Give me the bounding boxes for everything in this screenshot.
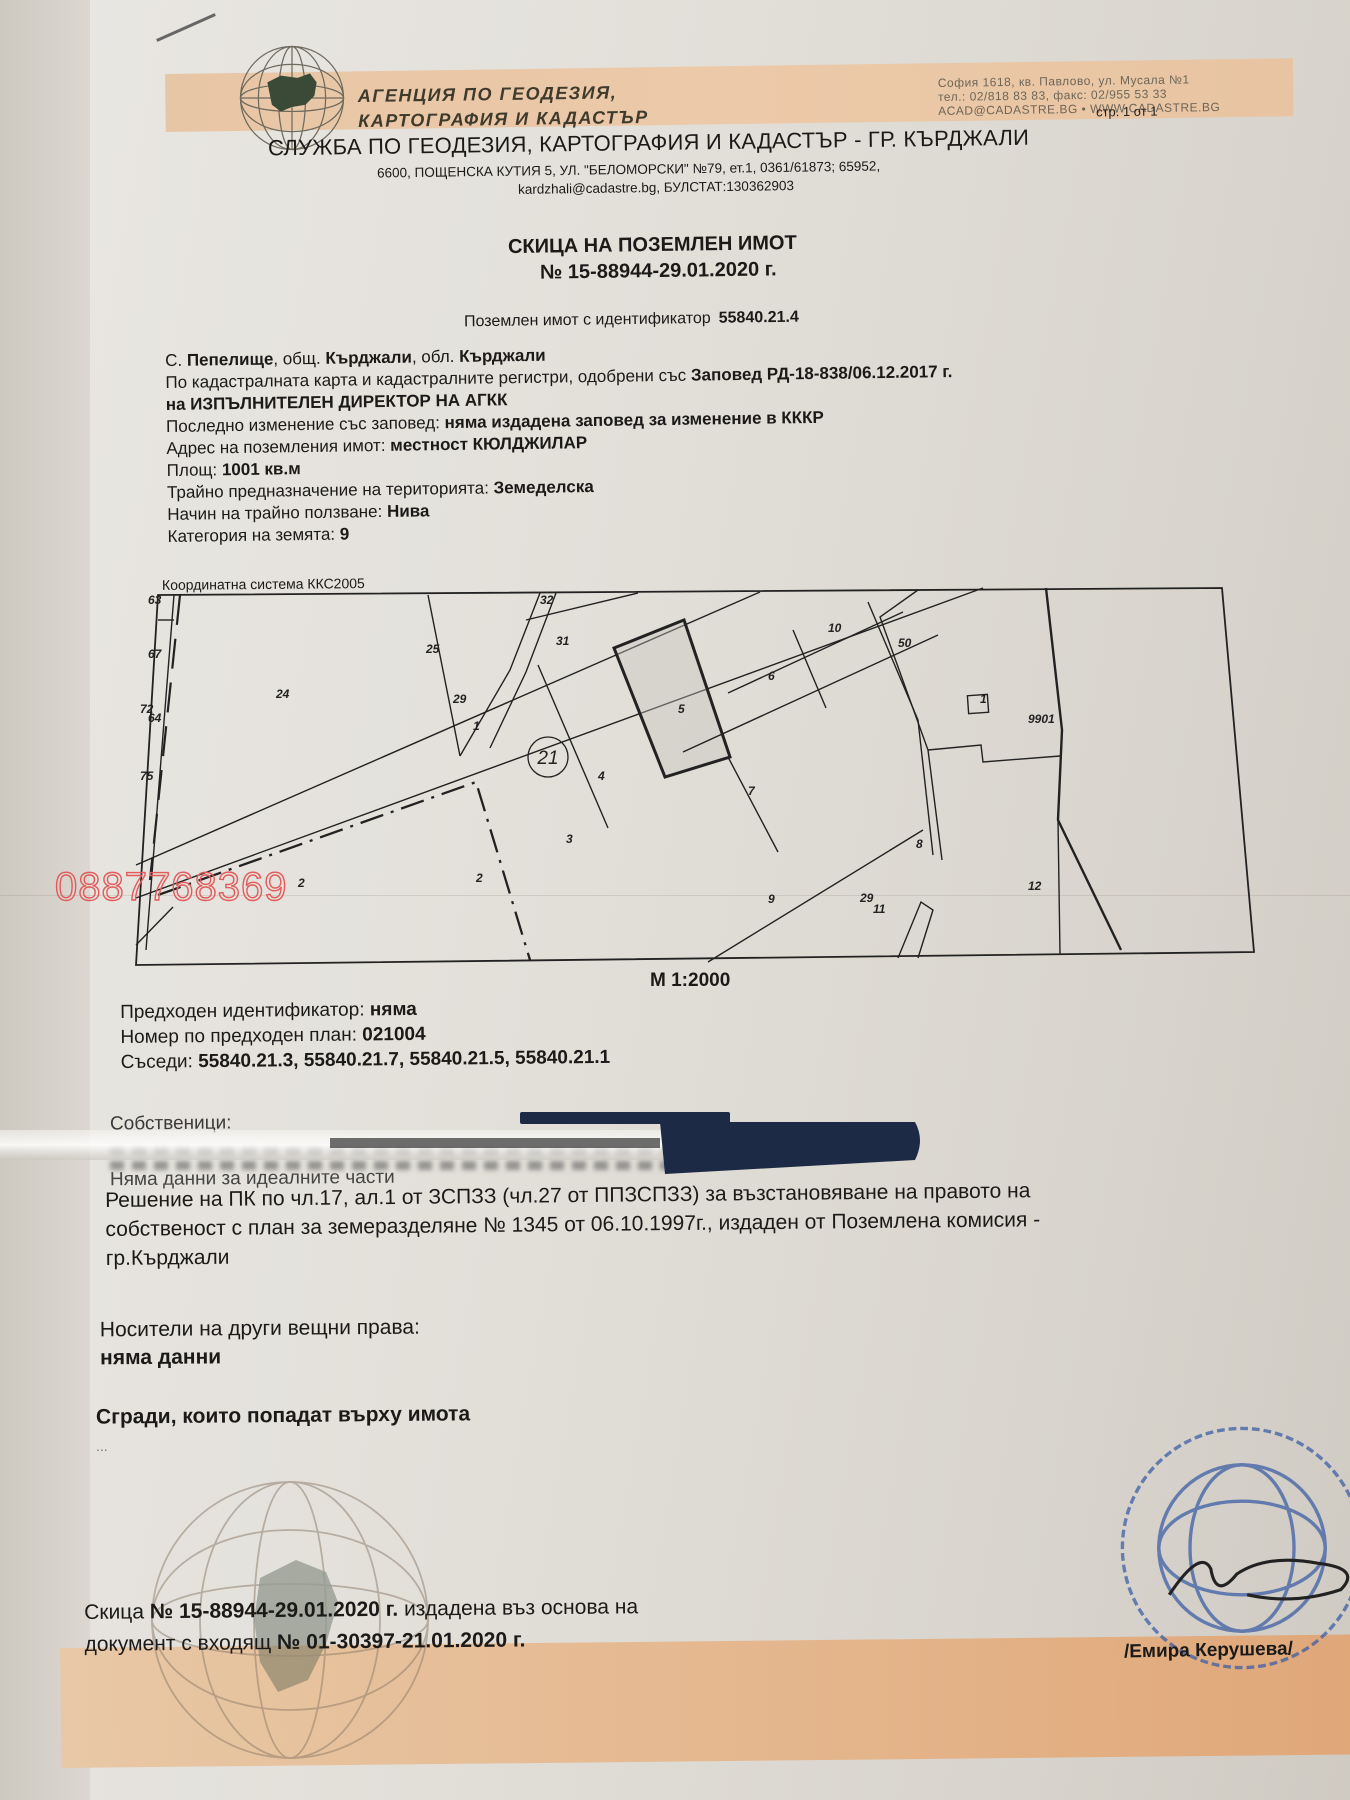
phone-watermark: 0887768369 xyxy=(55,865,287,910)
document-title: СКИЦА НА ПОЗЕМЛЕН ИМОТ xyxy=(508,232,797,259)
parcel-label: 75 xyxy=(140,769,154,783)
parcel-label: 2 xyxy=(297,876,305,890)
service-address: 6600, ПОЩЕНСКА КУТИЯ 5, УЛ. "БЕЛОМОРСКИ"… xyxy=(377,158,880,180)
parcel-label: 64 xyxy=(148,711,162,725)
service-email: kardzhali@cadastre.bg, БУЛСТАТ:130362903 xyxy=(518,178,794,197)
parcel-label: 29 xyxy=(452,692,467,706)
parcel-label: 31 xyxy=(556,634,570,648)
parcel-label: 9901 xyxy=(1028,712,1055,726)
identifier-details: Предходен идентификатор: няма Номер по п… xyxy=(120,995,610,1075)
footer-issuance: Скица № 15-88944-29.01.2020 г. издадена … xyxy=(84,1591,639,1661)
document-page: АГЕНЦИЯ ПО ГЕОДЕЗИЯ, КАРТОГРАФИЯ И КАДАС… xyxy=(0,0,1350,1800)
buildings-value: ... xyxy=(96,1438,108,1454)
parcel-label: 12 xyxy=(1028,879,1042,893)
parcel-label: 9 xyxy=(768,892,775,906)
parcel-label: 2 xyxy=(475,871,483,885)
parcel-label: 7 xyxy=(748,784,756,798)
cadastral-map: 21 6367726475242529323114561050199017322… xyxy=(128,580,1258,980)
parcel-label: 1 xyxy=(473,719,480,733)
buildings-heading: Сгради, които попадат върху имота xyxy=(96,1402,470,1429)
parcel-label: 29 xyxy=(859,891,874,905)
property-details: С. Пепелище, общ. Кърджали, обл. Кърджал… xyxy=(165,339,955,548)
parcel-label: 24 xyxy=(275,687,290,701)
parcel-label: 3 xyxy=(566,832,573,846)
parcel-label: 25 xyxy=(425,642,440,656)
neighbors: Съседи: 55840.21.3, 55840.21.7, 55840.21… xyxy=(121,1045,611,1075)
page-indicator: стр. 1 от 1 xyxy=(1096,104,1158,120)
parcel-label: 11 xyxy=(873,902,886,916)
parcel-label: 6 xyxy=(768,669,775,683)
agency-name: АГЕНЦИЯ ПО ГЕОДЕЗИЯ, КАРТОГРАФИЯ И КАДАС… xyxy=(358,80,649,134)
other-rights: Носители на други вещни права: няма данн… xyxy=(100,1314,420,1373)
agency-contacts: София 1618, кв. Павлово, ул. Мусала №1 т… xyxy=(938,72,1221,118)
signer-name: /Емира Керушева/ xyxy=(1124,1639,1293,1664)
parcel-label: 63 xyxy=(148,593,162,607)
parcel-label: 4 xyxy=(597,769,605,783)
parcel-label: 50 xyxy=(898,636,912,650)
parcel-label: 8 xyxy=(916,837,923,851)
map-scale: М 1:2000 xyxy=(650,970,730,992)
parcel-label: 32 xyxy=(540,593,554,607)
document-number: № 15-88944-29.01.2020 г. xyxy=(540,258,777,284)
block-number: 21 xyxy=(536,748,558,769)
parcel-identifier: Поземлен имот с идентификатор55840.21.4 xyxy=(464,309,799,332)
parcel-label: 67 xyxy=(148,647,163,661)
ownership-decision: Решение на ПК по чл.17, ал.1 от ЗСПЗЗ (ч… xyxy=(105,1176,1041,1273)
parcel-label: 1 xyxy=(980,692,987,706)
pencil-mark xyxy=(156,13,216,42)
parcel-label: 5 xyxy=(678,702,685,716)
parcel-label: 10 xyxy=(828,621,842,635)
ballpoint-pen xyxy=(0,1110,930,1180)
